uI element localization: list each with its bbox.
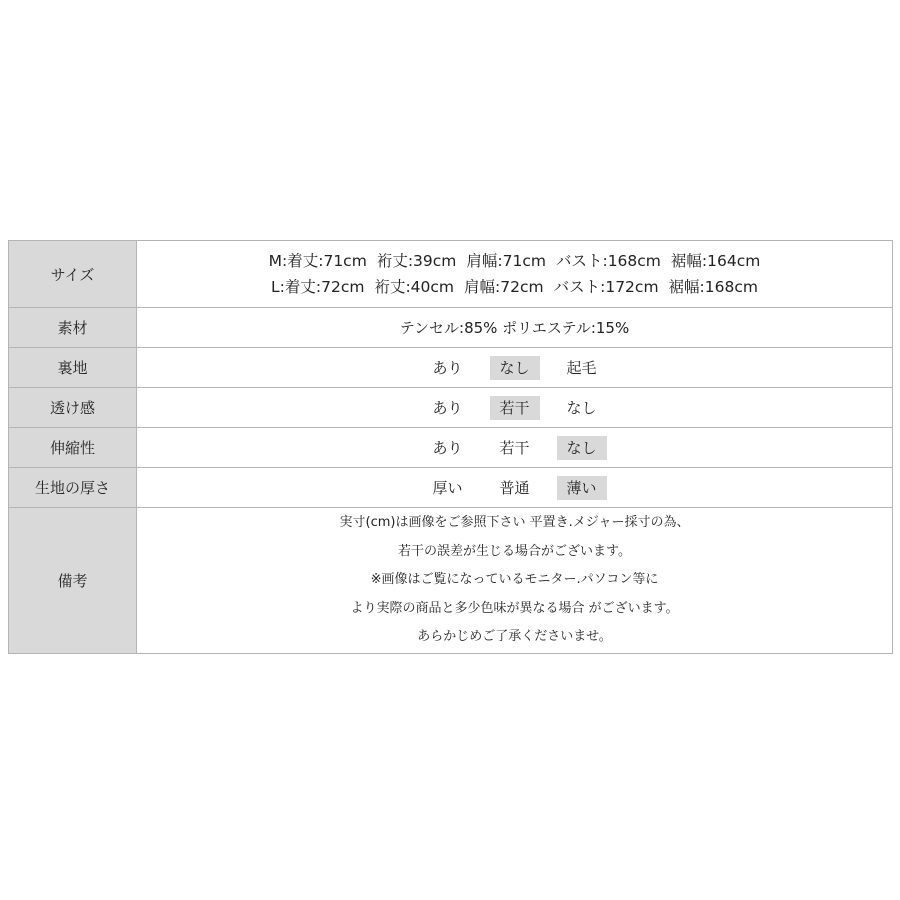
stretch-row: 伸縮性 あり 若干 なし [9, 428, 893, 468]
size-l-length: L:着丈:72cm [271, 278, 364, 296]
notes-row: 備考 実寸(cm)は画像をご参照下さい 平置き.メジャー採寸の為、 若干の誤差が… [9, 508, 893, 654]
sheerness-option-slight-selected: 若干 [490, 396, 540, 420]
lining-option-ari: あり [423, 356, 473, 380]
size-l-line: L:着丈:72cm裄丈:40cm肩幅:72cmバスト:172cm裾幅:168cm [137, 274, 892, 300]
notes-line-1: 実寸(cm)は画像をご参照下さい 平置き.メジャー採寸の為、 [137, 509, 892, 538]
material-value: テンセル:85% ポリエステル:15% [137, 308, 893, 348]
stretch-option-nashi-selected: なし [557, 436, 607, 460]
lining-options: あり なし 起毛 [423, 356, 607, 380]
material-row: 素材 テンセル:85% ポリエステル:15% [9, 308, 893, 348]
thickness-label: 生地の厚さ [9, 468, 137, 508]
notes-text: 実寸(cm)は画像をご参照下さい 平置き.メジャー採寸の為、 若干の誤差が生じる… [137, 508, 893, 654]
size-m-hem: 裾幅:164cm [671, 252, 760, 270]
size-values: M:着丈:71cm裄丈:39cm肩幅:71cmバスト:168cm裾幅:164cm… [137, 241, 893, 308]
size-l-sleeve: 裄丈:40cm [374, 278, 454, 296]
lining-label: 裏地 [9, 348, 137, 388]
size-m-sleeve: 裄丈:39cm [377, 252, 457, 270]
size-m-length: M:着丈:71cm [269, 252, 367, 270]
lining-option-nashi-selected: なし [490, 356, 540, 380]
notes-line-4: より実際の商品と多少色味が異なる場合 がございます。 [137, 595, 892, 624]
thickness-options: 厚い 普通 薄い [423, 476, 607, 500]
thickness-row: 生地の厚さ 厚い 普通 薄い [9, 468, 893, 508]
notes-label: 備考 [9, 508, 137, 654]
notes-line-5: あらかじめご了承くださいませ。 [137, 623, 892, 652]
sheerness-option-ari: あり [423, 396, 473, 420]
notes-line-2: 若干の誤差が生じる場合がございます。 [137, 538, 892, 567]
size-m-shoulder: 肩幅:71cm [466, 252, 546, 270]
thickness-option-thick: 厚い [423, 476, 473, 500]
lining-row: 裏地 あり なし 起毛 [9, 348, 893, 388]
material-label: 素材 [9, 308, 137, 348]
thickness-option-thin-selected: 薄い [557, 476, 607, 500]
stretch-option-slight: 若干 [490, 436, 540, 460]
product-spec-table: サイズ M:着丈:71cm裄丈:39cm肩幅:71cmバスト:168cm裾幅:1… [8, 240, 893, 654]
sheerness-option-nashi: なし [557, 396, 607, 420]
sheerness-label: 透け感 [9, 388, 137, 428]
stretch-options: あり 若干 なし [423, 436, 607, 460]
sheerness-options: あり 若干 なし [423, 396, 607, 420]
lining-option-brushed: 起毛 [557, 356, 607, 380]
stretch-label: 伸縮性 [9, 428, 137, 468]
size-l-shoulder: 肩幅:72cm [464, 278, 544, 296]
size-label: サイズ [9, 241, 137, 308]
size-m-line: M:着丈:71cm裄丈:39cm肩幅:71cmバスト:168cm裾幅:164cm [137, 248, 892, 274]
stretch-option-ari: あり [423, 436, 473, 460]
size-m-bust: バスト:168cm [556, 252, 661, 270]
size-row: サイズ M:着丈:71cm裄丈:39cm肩幅:71cmバスト:168cm裾幅:1… [9, 241, 893, 308]
size-l-hem: 裾幅:168cm [669, 278, 758, 296]
notes-line-3: ※画像はご覧になっているモニター.パソコン等に [137, 566, 892, 595]
thickness-option-normal: 普通 [490, 476, 540, 500]
sheerness-row: 透け感 あり 若干 なし [9, 388, 893, 428]
size-l-bust: バスト:172cm [554, 278, 659, 296]
